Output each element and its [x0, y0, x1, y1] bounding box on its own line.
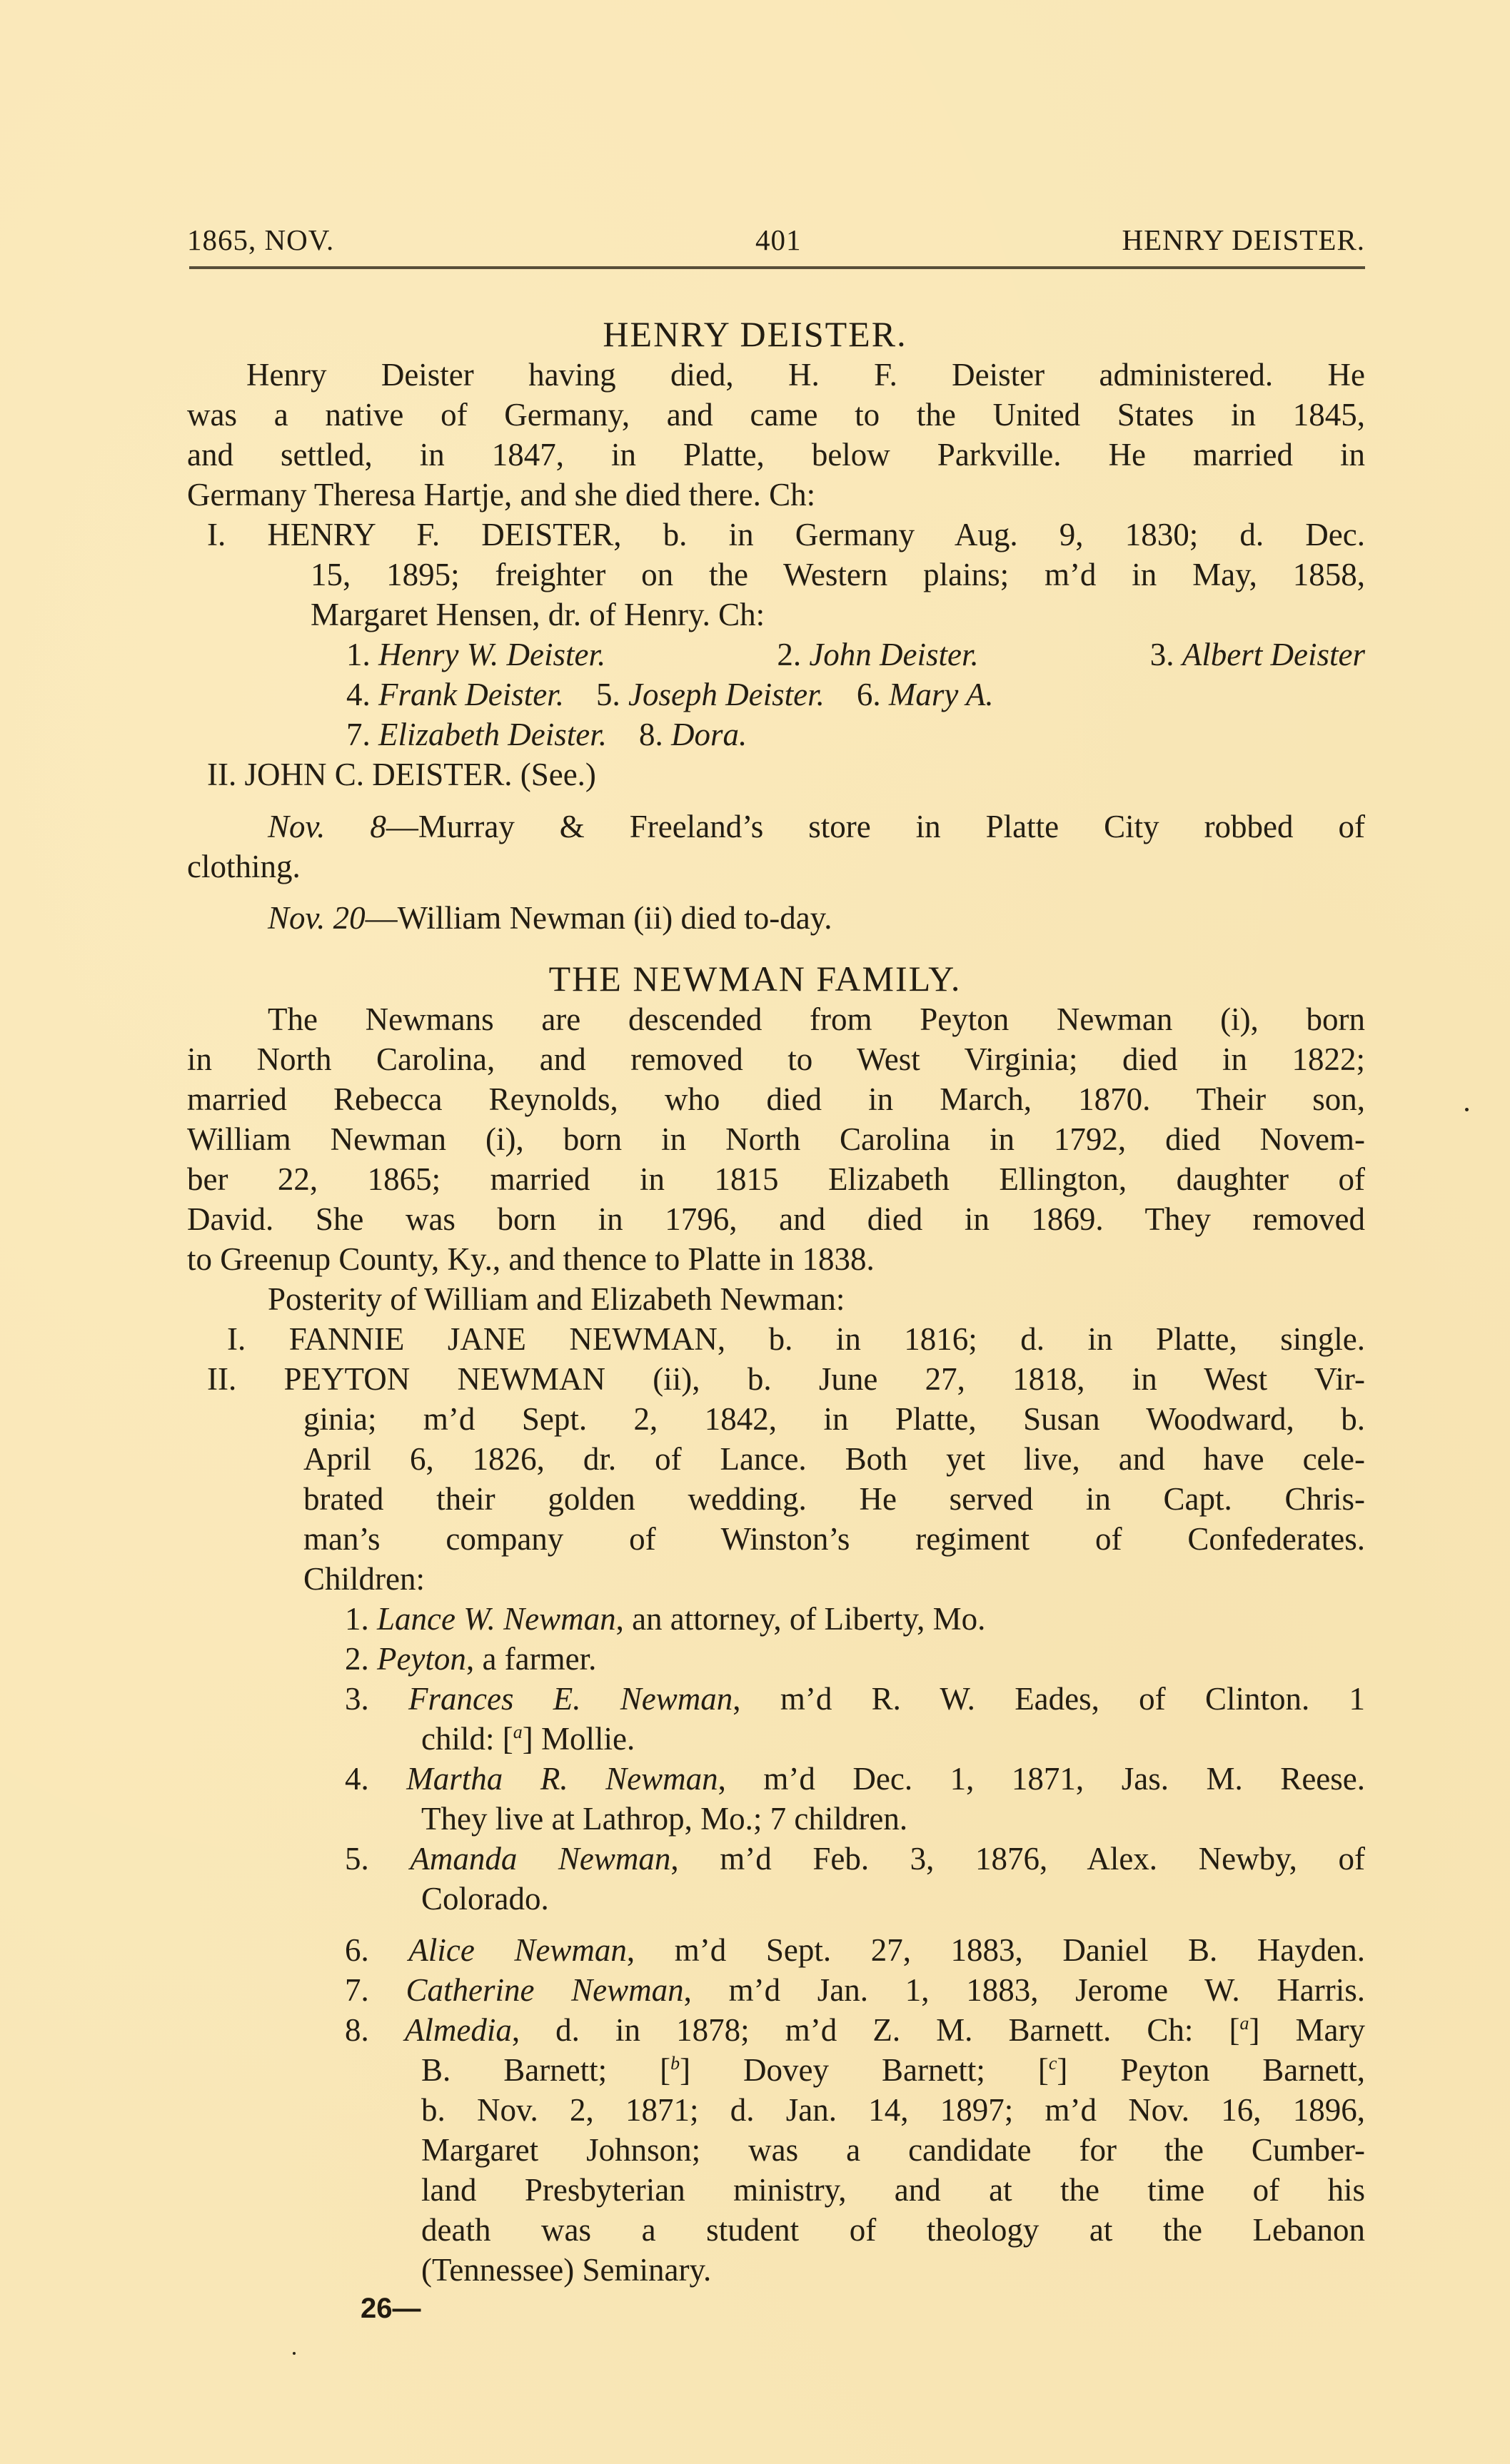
grandchildren-row-2: 4. Frank Deister. 5. Joseph Deister. 6. …: [346, 675, 1274, 715]
grandchild-entry-frances: 3. Frances E. Newman, m’d R. W. Eades, o…: [345, 1679, 1365, 1719]
paragraph-line: Henry Deister having died, H. F. Deister…: [246, 355, 1365, 395]
grandchild-entry-peyton: 2. Peyton, a farmer.: [345, 1639, 1510, 1679]
dated-entry-nov-8: Nov. 8—Murray & Freeland’s store in Plat…: [268, 807, 1365, 847]
grandchild-entry-martha-cont: They live at Lathrop, Mo.; 7 children.: [421, 1799, 1510, 1839]
paragraph-line: (Tennessee) Seminary.: [421, 2250, 1510, 2290]
grandchild-entry-frances-cont: child: [a] Mollie.: [421, 1719, 1510, 1759]
grandchild-item: 4. Frank Deister.: [346, 677, 564, 712]
paragraph-line: Margaret Hensen, dr. of Henry. Ch:: [311, 595, 1365, 635]
grandchild-item: 5. Joseph Deister.: [596, 677, 825, 712]
paragraph-line: was a native of Germany, and came to the…: [187, 395, 1365, 435]
paragraph-line: The Newmans are descended from Peyton Ne…: [268, 999, 1365, 1039]
children-label: Children:: [303, 1559, 1481, 1599]
running-head-title: HENRY DEISTER.: [1122, 223, 1365, 257]
grandchildren-row-3: 7. Elizabeth Deister. 8. Dora.: [346, 715, 1274, 754]
grandchild-item: 1. Henry W. Deister.: [346, 635, 605, 675]
paragraph-line: and settled, in 1847, in Platte, below P…: [187, 435, 1365, 475]
paragraph-line: death was a student of theology at the L…: [421, 2210, 1365, 2250]
grandchild-entry-amanda-cont: Colorado.: [421, 1879, 1510, 1919]
grandchild-entry-martha: 4. Martha R. Newman, m’d Dec. 1, 1871, J…: [345, 1759, 1365, 1799]
dated-entry-nov-20: Nov. 20—William Newman (ii) died to-day.: [268, 898, 1446, 938]
paragraph-line: married Rebecca Reynolds, who died in Ma…: [187, 1079, 1365, 1119]
paragraph-line: in North Carolina, and removed to West V…: [187, 1039, 1365, 1079]
grandchild-item: 2. John Deister.: [777, 635, 978, 675]
paragraph-line: 15, 1895; freighter on the Western plain…: [311, 555, 1365, 595]
child-entry-fannie-jane-newman: I. FANNIE JANE NEWMAN, b. in 1816; d. in…: [227, 1319, 1365, 1359]
grandchild-item: 3. Albert Deister: [1150, 635, 1365, 675]
paragraph-line: David. She was born in 1796, and died in…: [187, 1199, 1365, 1239]
signature-mark: 26—: [361, 2293, 421, 2325]
paragraph-line: brated their golden wedding. He served i…: [303, 1479, 1365, 1519]
child-entry-henry-f-deister: I. HENRY F. DEISTER, b. in Germany Aug. …: [207, 515, 1365, 555]
paper-speck: [293, 2352, 296, 2355]
running-head-date: 1865, NOV.: [187, 223, 334, 257]
grandchild-item: 7. Elizabeth Deister.: [346, 717, 607, 752]
dated-entry-nov-8-cont: clothing.: [187, 847, 1365, 887]
posterity-label: Posterity of William and Elizabeth Newma…: [268, 1279, 1446, 1319]
child-entry-peyton-newman: II. PEYTON NEWMAN (ii), b. June 27, 1818…: [207, 1359, 1365, 1399]
paragraph-line: land Presbyterian ministry, and at the t…: [421, 2170, 1365, 2210]
paragraph-line: William Newman (i), born in North Caroli…: [187, 1119, 1365, 1159]
grandchildren-row-1: 1. Henry W. Deister. 2. John Deister. 3.…: [346, 635, 1365, 675]
grandchild-entry-almedia: 8. Almedia, d. in 1878; m’d Z. M. Barnet…: [345, 2010, 1365, 2050]
grandchild-entry-alice: 6. Alice Newman, m’d Sept. 27, 1883, Dan…: [345, 1930, 1365, 1970]
paragraph-line: man’s company of Winston’s regiment of C…: [303, 1519, 1365, 1559]
grandchild-entry-amanda: 5. Amanda Newman, m’d Feb. 3, 1876, Alex…: [345, 1839, 1365, 1879]
book-page: 1865, NOV. 401 HENRY DEISTER. HENRY DEIS…: [0, 0, 1510, 2464]
grandchild-entry-lance: 1. Lance W. Newman, an attorney, of Libe…: [345, 1599, 1510, 1639]
paragraph-line: b. Nov. 2, 1871; d. Jan. 14, 1897; m’d N…: [421, 2090, 1365, 2130]
section-heading-henry-deister: HENRY DEISTER.: [0, 314, 1510, 354]
header-rule: [189, 266, 1365, 269]
child-entry-john-c-deister: II. JOHN C. DEISTER. (See.): [207, 754, 1385, 794]
grandchild-item: 6. Mary A.: [857, 677, 994, 712]
paragraph-line: Germany Theresa Hartje, and she died the…: [187, 475, 1365, 515]
grandchild-item: 8. Dora.: [639, 717, 747, 752]
paragraph-line: to Greenup County, Ky., and thence to Pl…: [187, 1239, 1365, 1279]
paragraph-line: ber 22, 1865; married in 1815 Elizabeth …: [187, 1159, 1365, 1199]
paper-speck: [1465, 1108, 1469, 1111]
grandchild-entry-catherine: 7. Catherine Newman, m’d Jan. 1, 1883, J…: [345, 1970, 1365, 2010]
almedia-children-line: B. Barnett; [b] Dovey Barnett; [c] Peyto…: [421, 2050, 1365, 2090]
paragraph-line: ginia; m’d Sept. 2, 1842, in Platte, Sus…: [303, 1399, 1365, 1439]
section-heading-newman-family: THE NEWMAN FAMILY.: [0, 959, 1510, 999]
paragraph-line: April 6, 1826, dr. of Lance. Both yet li…: [303, 1439, 1365, 1479]
page-number: 401: [755, 223, 802, 257]
paragraph-line: Margaret Johnson; was a candidate for th…: [421, 2130, 1365, 2170]
